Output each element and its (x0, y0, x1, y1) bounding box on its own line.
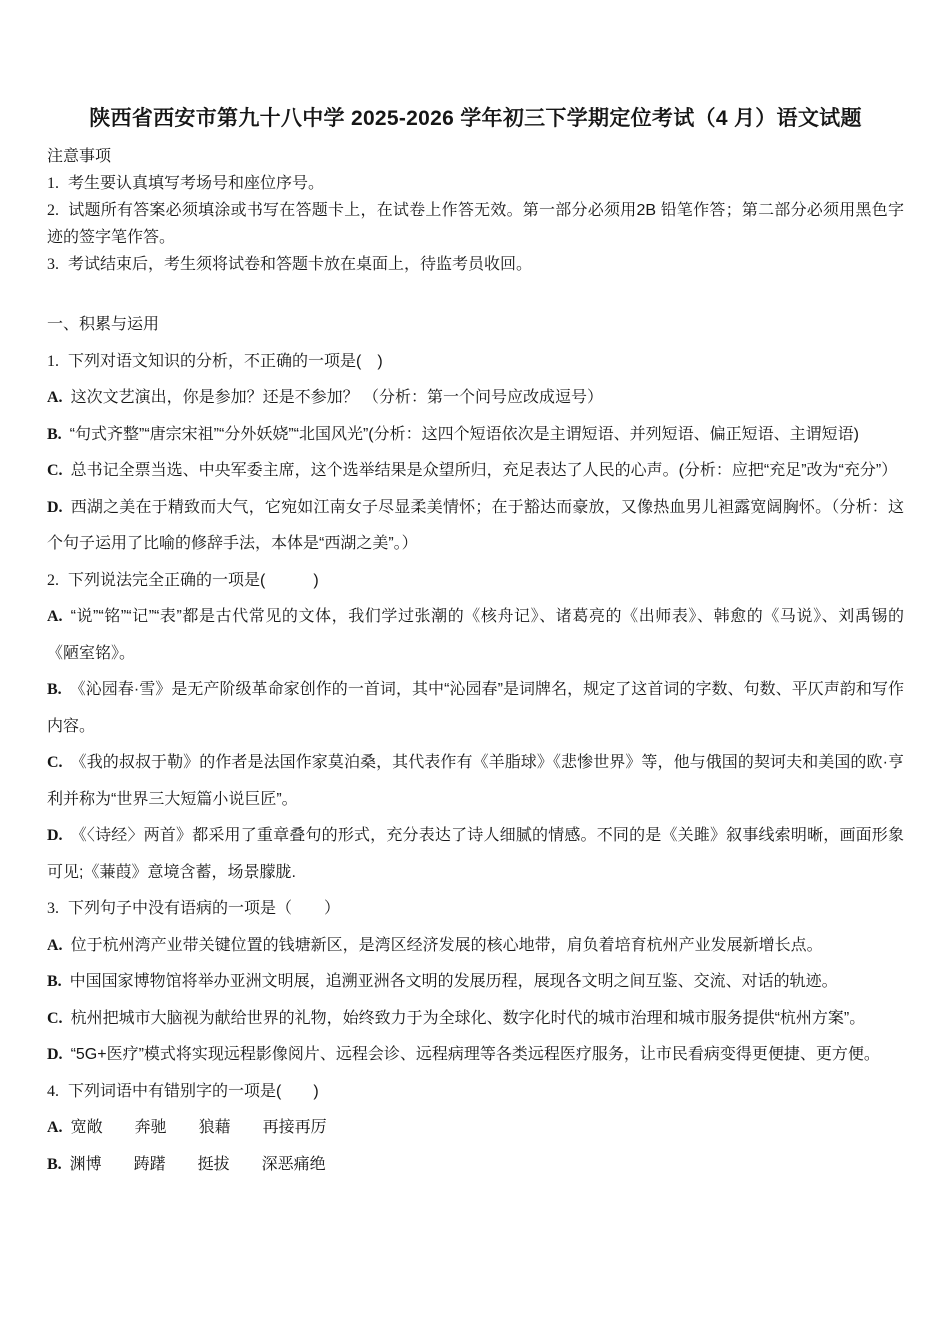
question-stem: 1.下列对语文知识的分析，不正确的一项是( ) (47, 344, 904, 381)
option-label: D. (47, 1046, 63, 1063)
option-label: A. (47, 937, 63, 954)
notice-item-number: 1. (47, 175, 59, 192)
option-text: 总书记全票当选、中央军委主席，这个选举结果是众望所归，充足表达了人民的心声。(分… (71, 462, 898, 479)
option-row: A.宽敞 奔驰 狼藉 再接再厉 (47, 1110, 904, 1147)
option-row: D.西湖之美在于精致而大气，它宛如江南女子尽显柔美情怀；在于豁达而豪放，又像热血… (47, 490, 904, 563)
question-stem-text: 下列对语文知识的分析，不正确的一项是( ) (68, 353, 383, 370)
option-text: “句式齐整”“唐宗宋祖”“分外妖娆”“北国风光”(分析：这四个短语依次是主谓短语… (70, 426, 859, 443)
option-label: A. (47, 389, 63, 406)
notice-item-text: 考试结束后，考生须将试卷和答题卡放在桌面上，待监考员收回。 (68, 256, 532, 273)
option-text: “5G+医疗”模式将实现远程影像阅片、远程会诊、远程病理等各类远程医疗服务，让市… (71, 1046, 880, 1063)
question-section: 一、积累与运用 1.下列对语文知识的分析，不正确的一项是( ) A.这次文艺演出… (47, 307, 904, 1183)
notice-section: 注意事项 1.考生要认真填写考场号和座位序号。 2.试题所有答案必须填涂或书写在… (47, 143, 904, 278)
option-label: A. (47, 608, 63, 625)
option-row: D.“5G+医疗”模式将实现远程影像阅片、远程会诊、远程病理等各类远程医疗服务，… (47, 1037, 904, 1074)
question-number: 3. (47, 900, 59, 917)
section-heading: 一、积累与运用 (47, 307, 904, 344)
option-row: A.这次文艺演出，你是参加？还是不参加？ （分析：第一个问号应改成逗号） (47, 380, 904, 417)
option-row: B.《沁园春·雪》是无产阶级革命家创作的一首词，其中“沁园春”是词牌名，规定了这… (47, 672, 904, 745)
option-row: A.“说”“铭”“记”“表”都是古代常见的文体，我们学过张潮的《核舟记》、诸葛亮… (47, 599, 904, 672)
option-label: B. (47, 1156, 62, 1173)
notice-item: 2.试题所有答案必须填涂或书写在答题卡上，在试卷上作答无效。第一部分必须用2B … (47, 197, 904, 251)
option-row: A.位于杭州湾产业带关键位置的钱塘新区，是湾区经济发展的核心地带，肩负着培育杭州… (47, 928, 904, 965)
exam-title: 陕西省西安市第九十八中学 2025-2026 学年初三下学期定位考试（4 月）语… (47, 102, 904, 136)
notice-item-text: 考生要认真填写考场号和座位序号。 (68, 175, 324, 192)
option-text: “说”“铭”“记”“表”都是古代常见的文体，我们学过张潮的《核舟记》、诸葛亮的《… (47, 608, 904, 662)
question-stem: 2.下列说法完全正确的一项是( ) (47, 563, 904, 600)
exam-page: 陕西省西安市第九十八中学 2025-2026 学年初三下学期定位考试（4 月）语… (0, 0, 950, 1344)
option-row: D.《〈诗经〉两首》都采用了重章叠句的形式，充分表达了诗人细腻的情感。不同的是《… (47, 818, 904, 891)
option-row: B.中国国家博物馆将举办亚洲文明展，追溯亚洲各文明的发展历程，展现各文明之间互鉴… (47, 964, 904, 1001)
question-stem: 3.下列句子中没有语病的一项是（ ） (47, 891, 904, 928)
option-label: B. (47, 973, 62, 990)
option-row: C.总书记全票当选、中央军委主席，这个选举结果是众望所归，充足表达了人民的心声。… (47, 453, 904, 490)
option-row: B.渊博 踌躇 挺拔 深恶痛绝 (47, 1147, 904, 1184)
option-text: 杭州把城市大脑视为献给世界的礼物，始终致力于为全球化、数字化时代的城市治理和城市… (71, 1010, 866, 1027)
question-number: 1. (47, 353, 59, 370)
question-number: 4. (47, 1083, 59, 1100)
option-label: B. (47, 681, 62, 698)
question-stem: 4.下列词语中有错别字的一项是( ) (47, 1074, 904, 1111)
option-text: 西湖之美在于精致而大气，它宛如江南女子尽显柔美情怀；在于豁达而豪放，又像热血男儿… (47, 499, 904, 553)
option-label: A. (47, 1119, 63, 1136)
option-label: C. (47, 462, 63, 479)
option-text: 位于杭州湾产业带关键位置的钱塘新区，是湾区经济发展的核心地带，肩负着培育杭州产业… (71, 937, 823, 954)
option-label: D. (47, 499, 63, 516)
option-text: 中国国家博物馆将举办亚洲文明展，追溯亚洲各文明的发展历程，展现各文明之间互鉴、交… (70, 973, 838, 990)
question-stem-text: 下列说法完全正确的一项是( ) (68, 572, 319, 589)
option-text: 《沁园春·雪》是无产阶级革命家创作的一首词，其中“沁园春”是词牌名，规定了这首词… (47, 681, 904, 735)
option-text: 《〈诗经〉两首》都采用了重章叠句的形式，充分表达了诗人细腻的情感。不同的是《关雎… (47, 827, 904, 881)
option-label: C. (47, 754, 63, 771)
option-label: C. (47, 1010, 63, 1027)
option-text: 渊博 踌躇 挺拔 深恶痛绝 (70, 1156, 326, 1173)
option-text: 《我的叔叔于勒》的作者是法国作家莫泊桑，其代表作有《羊脂球》《悲惨世界》等，他与… (47, 754, 904, 808)
notice-item-number: 2. (47, 202, 59, 219)
notice-item-text: 试题所有答案必须填涂或书写在答题卡上，在试卷上作答无效。第一部分必须用2B 铅笔… (47, 202, 904, 246)
question-stem-text: 下列词语中有错别字的一项是( ) (68, 1083, 319, 1100)
option-row: C.杭州把城市大脑视为献给世界的礼物，始终致力于为全球化、数字化时代的城市治理和… (47, 1001, 904, 1038)
notice-item: 1.考生要认真填写考场号和座位序号。 (47, 170, 904, 197)
option-row: C.《我的叔叔于勒》的作者是法国作家莫泊桑，其代表作有《羊脂球》《悲惨世界》等，… (47, 745, 904, 818)
notice-item: 3.考试结束后，考生须将试卷和答题卡放在桌面上，待监考员收回。 (47, 251, 904, 278)
option-label: D. (47, 827, 63, 844)
option-label: B. (47, 426, 62, 443)
notice-header: 注意事项 (47, 143, 904, 170)
question-stem-text: 下列句子中没有语病的一项是（ ） (68, 900, 340, 917)
option-text: 这次文艺演出，你是参加？还是不参加？ （分析：第一个问号应改成逗号） (71, 389, 603, 406)
option-text: 宽敞 奔驰 狼藉 再接再厉 (71, 1119, 327, 1136)
option-row: B.“句式齐整”“唐宗宋祖”“分外妖娆”“北国风光”(分析：这四个短语依次是主谓… (47, 417, 904, 454)
notice-item-number: 3. (47, 256, 59, 273)
question-number: 2. (47, 572, 59, 589)
